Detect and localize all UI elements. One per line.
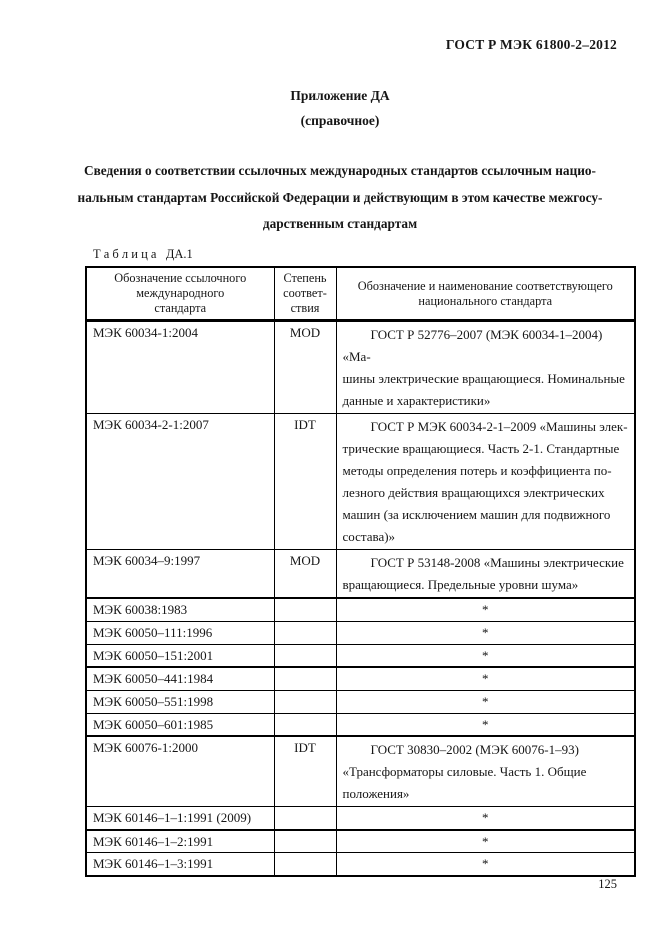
cell-degree <box>274 807 336 830</box>
national-standard-line: шины электрические вращающиеся. Номиналь… <box>343 368 629 390</box>
header-national-standard: Обозначение и наименование соответствующ… <box>336 267 635 321</box>
cell-degree <box>274 598 336 621</box>
cell-national-standard: * <box>336 667 635 690</box>
table-row: МЭК 60050–551:1998* <box>86 690 635 713</box>
header-degree-of-conformity: Степеньсоответ-ствия <box>274 267 336 321</box>
cell-international-standard: МЭК 60034-1:2004 <box>86 321 274 414</box>
cell-national-standard: ГОСТ Р 53148-2008 «Машины электрическиев… <box>336 550 635 599</box>
national-standard-line: лезного действия вращающихся электрическ… <box>343 482 629 504</box>
cell-national-standard: * <box>336 598 635 621</box>
national-standard-line: трические вращающиеся. Часть 2-1. Станда… <box>343 438 629 460</box>
national-standard-line: методы определения потерь и коэффициента… <box>343 460 629 482</box>
national-standard-line: ГОСТ Р МЭК 60034-2-1–2009 «Машины элек- <box>343 416 629 438</box>
cell-degree: MOD <box>274 550 336 599</box>
national-standard-line: данные и характеристики» <box>343 390 629 412</box>
cell-national-standard: * <box>336 807 635 830</box>
table-row: МЭК 60146–1–3:1991* <box>86 853 635 876</box>
cell-degree <box>274 713 336 736</box>
correspondence-table: Обозначение ссылочногомеждународногостан… <box>85 266 636 877</box>
cell-international-standard: МЭК 60038:1983 <box>86 598 274 621</box>
table-label: Т а б л и ц а ДА.1 <box>93 247 193 262</box>
cell-international-standard: МЭК 60050–441:1984 <box>86 667 274 690</box>
cell-degree <box>274 667 336 690</box>
appendix-title: Приложение ДА <box>64 88 616 104</box>
cell-degree: MOD <box>274 321 336 414</box>
national-standard-line: «Трансформаторы силовые. Часть 1. Общие <box>343 761 629 783</box>
document-page: ГОСТ Р МЭК 61800-2–2012 Приложение ДА (с… <box>0 0 661 935</box>
national-standard-line: вращающиеся. Предельные уровни шума» <box>343 574 629 596</box>
table-row: МЭК 60146–1–2:1991* <box>86 830 635 853</box>
table-row: МЭК 60034-1:2004MODГОСТ Р 52776–2007 (МЭ… <box>86 321 635 414</box>
cell-degree: IDT <box>274 736 336 807</box>
table-row: МЭК 60050–441:1984* <box>86 667 635 690</box>
cell-national-standard: * <box>336 853 635 876</box>
table-header-row: Обозначение ссылочногомеждународногостан… <box>86 267 635 321</box>
heading-line: нальным стандартам Российской Федерации … <box>55 185 625 212</box>
cell-international-standard: МЭК 60146–1–2:1991 <box>86 830 274 853</box>
cell-national-standard: * <box>336 830 635 853</box>
cell-national-standard: * <box>336 621 635 644</box>
cell-national-standard: * <box>336 713 635 736</box>
cell-international-standard: МЭК 60050–551:1998 <box>86 690 274 713</box>
cell-national-standard: ГОСТ 30830–2002 (МЭК 60076-1–93)«Трансфо… <box>336 736 635 807</box>
national-standard-line: состава)» <box>343 526 629 548</box>
table-header: Обозначение ссылочногомеждународногостан… <box>86 267 635 321</box>
table-body: МЭК 60034-1:2004MODГОСТ Р 52776–2007 (МЭ… <box>86 321 635 876</box>
header-international-standard: Обозначение ссылочногомеждународногостан… <box>86 267 274 321</box>
cell-international-standard: МЭК 60146–1–3:1991 <box>86 853 274 876</box>
cell-degree <box>274 690 336 713</box>
cell-degree <box>274 853 336 876</box>
cell-degree <box>274 644 336 667</box>
table-row: МЭК 60038:1983* <box>86 598 635 621</box>
table-row: МЭК 60050–601:1985* <box>86 713 635 736</box>
page-number: 125 <box>598 877 617 892</box>
cell-degree <box>274 830 336 853</box>
national-standard-line: ГОСТ Р 52776–2007 (МЭК 60034-1–2004) «Ма… <box>343 324 629 368</box>
national-standard-line: ГОСТ 30830–2002 (МЭК 60076-1–93) <box>343 739 629 761</box>
table-row: МЭК 60050–111:1996* <box>86 621 635 644</box>
section-heading: Сведения о соответствии ссылочных междун… <box>55 158 625 238</box>
table-row: МЭК 60146–1–1:1991 (2009)* <box>86 807 635 830</box>
cell-degree <box>274 621 336 644</box>
heading-line: дарственным стандартам <box>55 211 625 238</box>
cell-international-standard: МЭК 60076-1:2000 <box>86 736 274 807</box>
national-standard-line: ГОСТ Р 53148-2008 «Машины электрические <box>343 552 629 574</box>
table-row: МЭК 60076-1:2000IDTГОСТ 30830–2002 (МЭК … <box>86 736 635 807</box>
cell-international-standard: МЭК 60034–9:1997 <box>86 550 274 599</box>
heading-line: Сведения о соответствии ссылочных междун… <box>55 158 625 185</box>
doc-code: ГОСТ Р МЭК 61800-2–2012 <box>446 37 617 53</box>
table-row: МЭК 60034-2-1:2007IDTГОСТ Р МЭК 60034-2-… <box>86 414 635 550</box>
cell-international-standard: МЭК 60146–1–1:1991 (2009) <box>86 807 274 830</box>
cell-national-standard: ГОСТ Р 52776–2007 (МЭК 60034-1–2004) «Ма… <box>336 321 635 414</box>
cell-international-standard: МЭК 60050–111:1996 <box>86 621 274 644</box>
cell-national-standard: * <box>336 644 635 667</box>
national-standard-line: машин (за исключением машин для подвижно… <box>343 504 629 526</box>
national-standard-line: положения» <box>343 783 629 805</box>
cell-degree: IDT <box>274 414 336 550</box>
cell-national-standard: ГОСТ Р МЭК 60034-2-1–2009 «Машины элек-т… <box>336 414 635 550</box>
table-row: МЭК 60034–9:1997MODГОСТ Р 53148-2008 «Ма… <box>86 550 635 599</box>
cell-international-standard: МЭК 60050–151:2001 <box>86 644 274 667</box>
cell-international-standard: МЭК 60050–601:1985 <box>86 713 274 736</box>
cell-international-standard: МЭК 60034-2-1:2007 <box>86 414 274 550</box>
cell-national-standard: * <box>336 690 635 713</box>
appendix-subtitle: (справочное) <box>64 113 616 129</box>
table-row: МЭК 60050–151:2001* <box>86 644 635 667</box>
